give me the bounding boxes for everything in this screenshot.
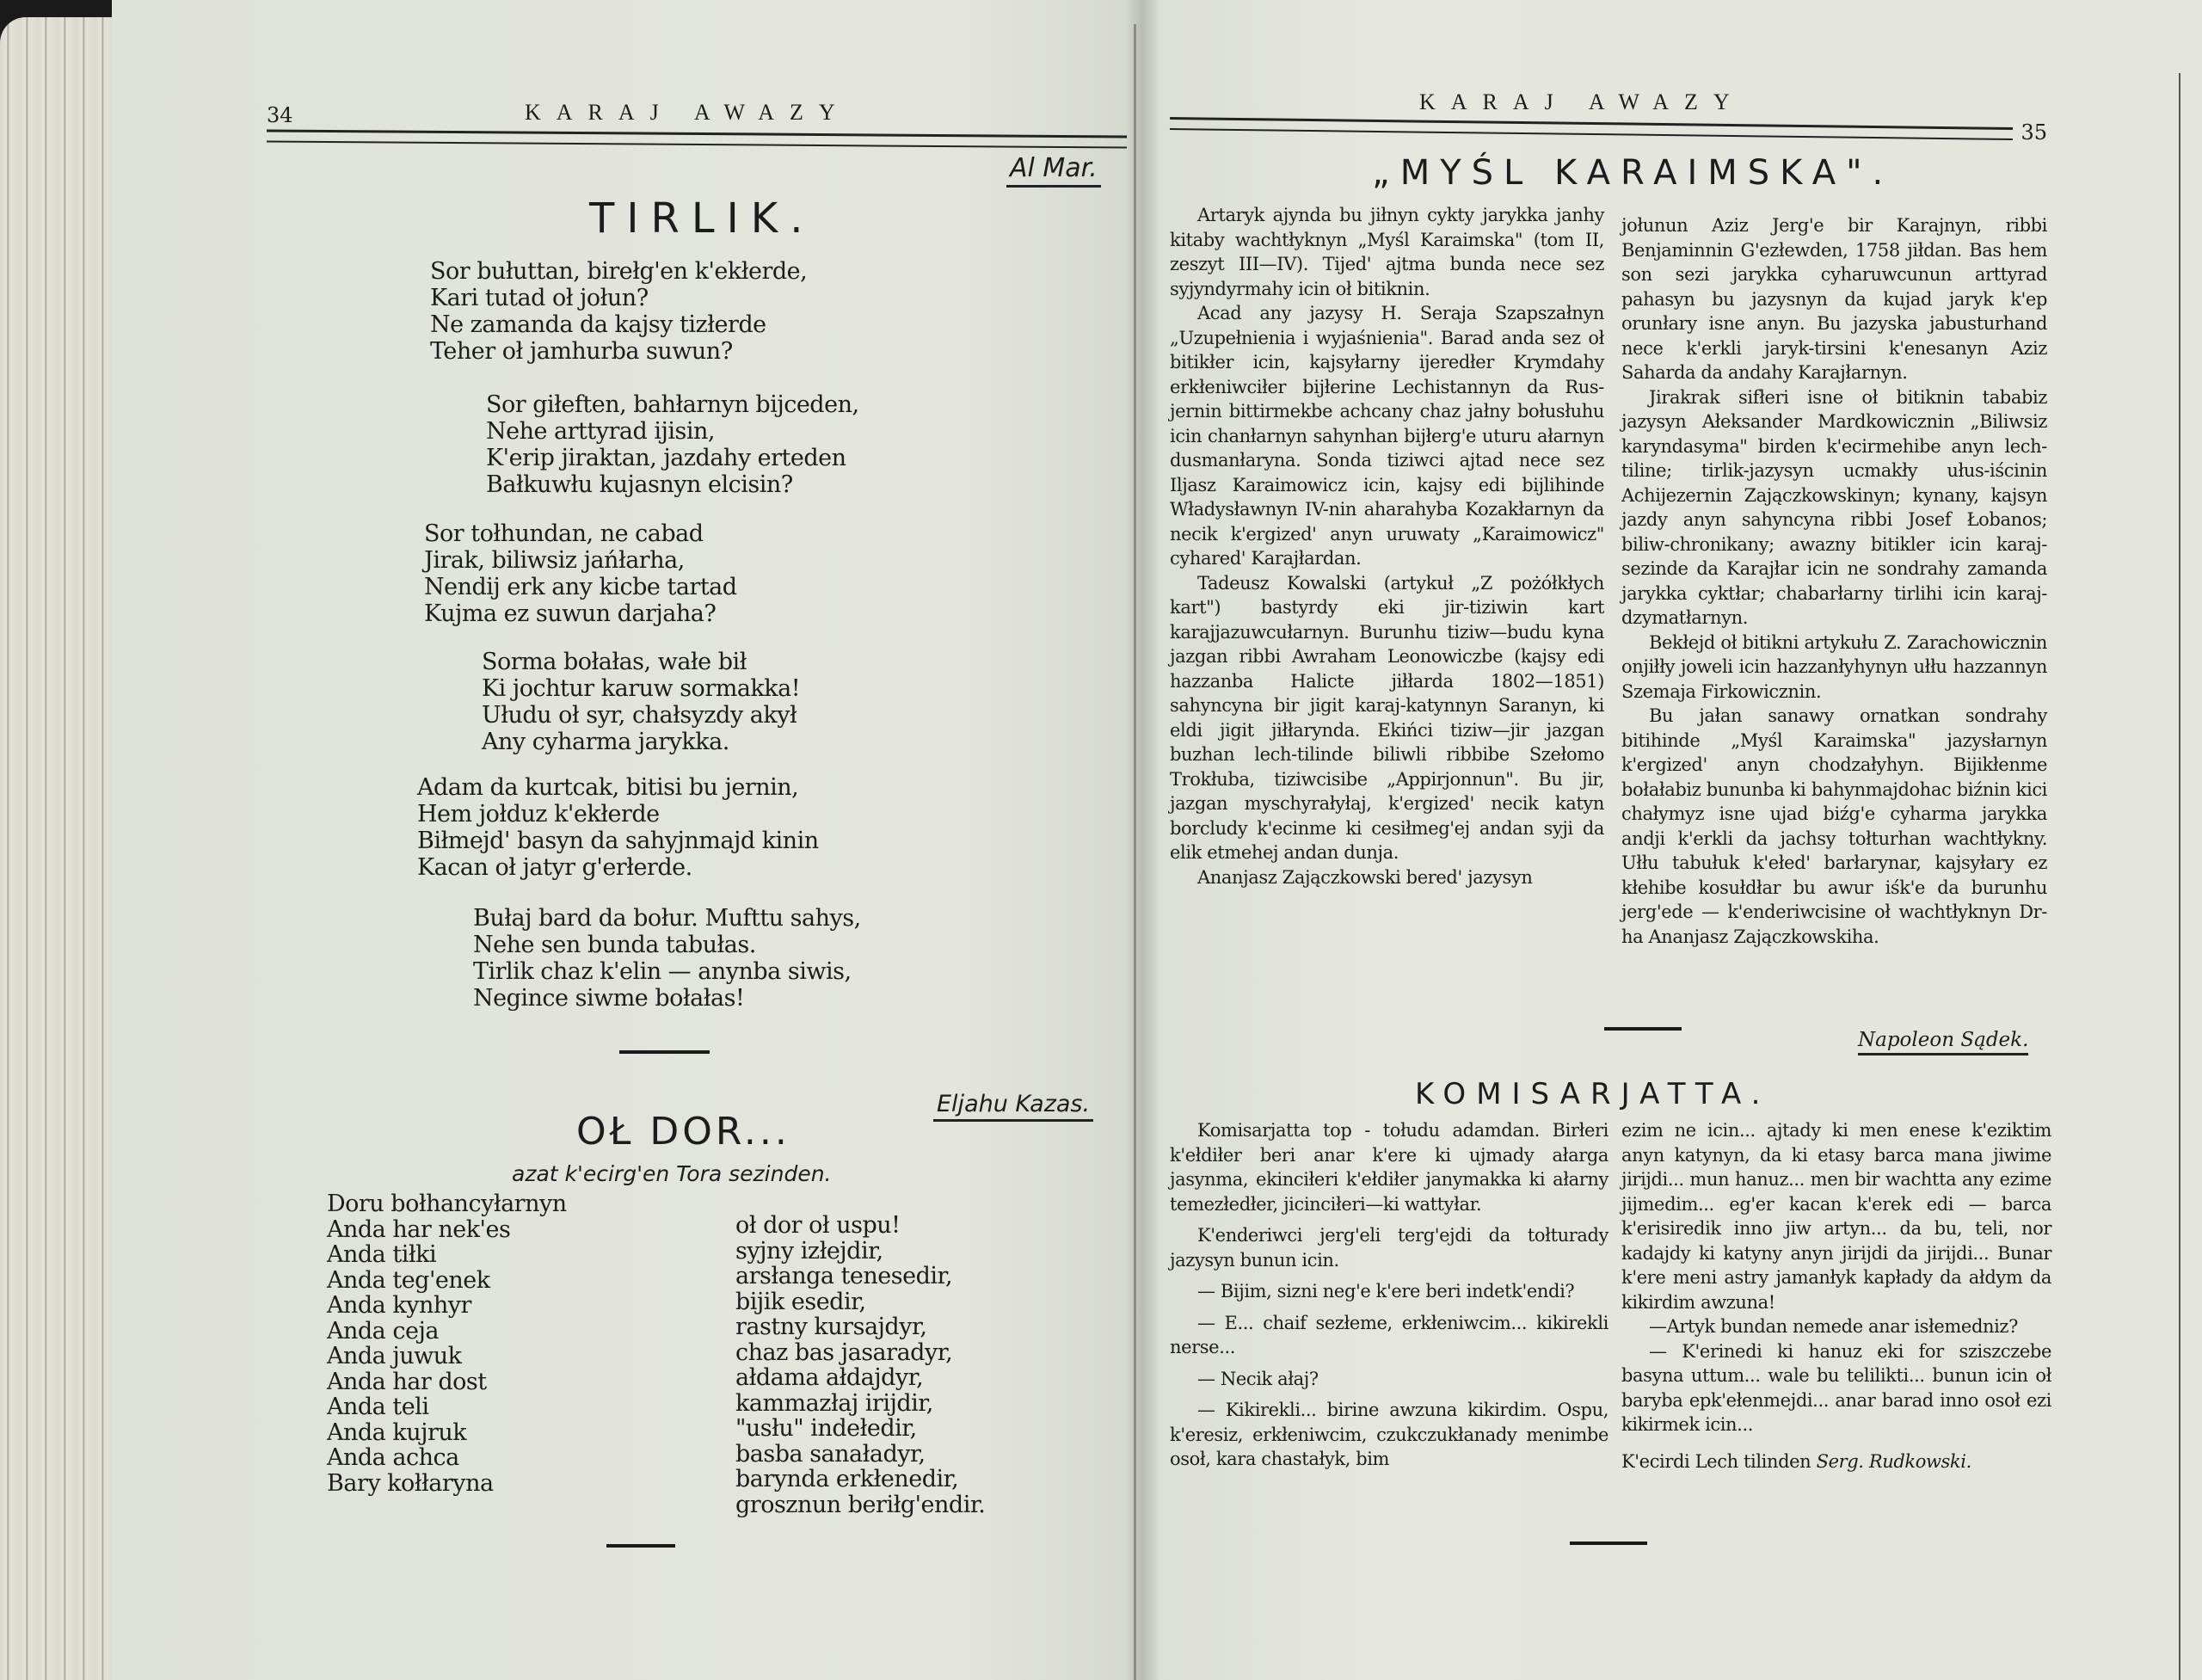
section-separator [619, 1050, 710, 1054]
poem-stanza: Sor tołhundan, ne cabadJirak, biliwsiz j… [424, 520, 737, 627]
page-number: 35 [2021, 120, 2047, 145]
poem-author: Eljahu Kazas. [933, 1091, 1093, 1122]
right-page: KARAJ AWAZY 35 „MYŚL KARAIMSKA". Artaryk… [1170, 0, 2047, 1680]
poem-subtitle: azat k'ecirg'en Tora sezinden. [512, 1161, 832, 1186]
article-column-1: Komisarjatta top - tołudu adamdan. Birłe… [1170, 1118, 1608, 1472]
left-page: 34 KARAJ AWAZY Al Mar. TIRLIK. Sor bułut… [267, 0, 1127, 1680]
section-separator [1604, 1027, 1682, 1031]
book-page-edges [0, 17, 120, 1680]
section-separator [1570, 1542, 1647, 1545]
header-rule [1170, 117, 2013, 140]
magazine-title: KARAJ AWAZY [525, 100, 851, 126]
running-head-right: KARAJ AWAZY 35 [1170, 86, 2047, 138]
poem-stanza: Sor bułuttan, birełg'en k'ekłerde,Kari t… [430, 258, 807, 365]
poem-title: TIRLIK. [589, 194, 815, 243]
poem-stanza: Adam da kurtcak, bitisi bu jernin,Hem jo… [417, 774, 819, 881]
section-separator [606, 1544, 675, 1548]
poem-stanza: Sorma bołałas, wałe biłKi jochtur karuw … [482, 649, 800, 755]
poem-stanza: Bułaj bard da bołur. Mufttu sahys,Nehe s… [473, 905, 861, 1012]
book-gutter [1134, 24, 1136, 1680]
article-byline: Napoleon Sądek. [1858, 1029, 2028, 1055]
poem-stanza: Sor giłeften, bahłarnyn bijceden,Nehe ar… [486, 391, 859, 498]
article-column-1: Artaryk ajynda bu jiłnyn cykty jarykka j… [1170, 203, 1604, 889]
poem-right-column: oł dor oł uspu!syjny izłejdir,arsłanga t… [735, 1213, 985, 1517]
poem-left-column: Doru bołhancyłarnynAnda har nek'esAnda t… [327, 1191, 567, 1496]
magazine-title: KARAJ AWAZY [1419, 89, 1745, 115]
poem-author: Al Mar. [1006, 153, 1101, 188]
article-column-2: ezim ne icin... ajtady ki men enese k'ez… [1621, 1118, 2051, 1474]
poem-title: OŁ DOR... [576, 1110, 790, 1154]
page-number: 34 [267, 103, 293, 127]
header-rule [267, 130, 1127, 149]
article-column-2: jołunun Aziz Jerg'e bir Karajnyn, ribbi … [1621, 213, 2047, 949]
page-edge-right [2179, 73, 2180, 1680]
running-head-left: 34 KARAJ AWAZY [267, 96, 1127, 148]
translator-credit: K'ecirdi Lech tilinden Serg. Rudkowski. [1621, 1449, 2051, 1474]
article-title: KOMISARJATTA. [1415, 1077, 1770, 1111]
article-title: „MYŚL KARAIMSKA". [1372, 153, 1893, 193]
